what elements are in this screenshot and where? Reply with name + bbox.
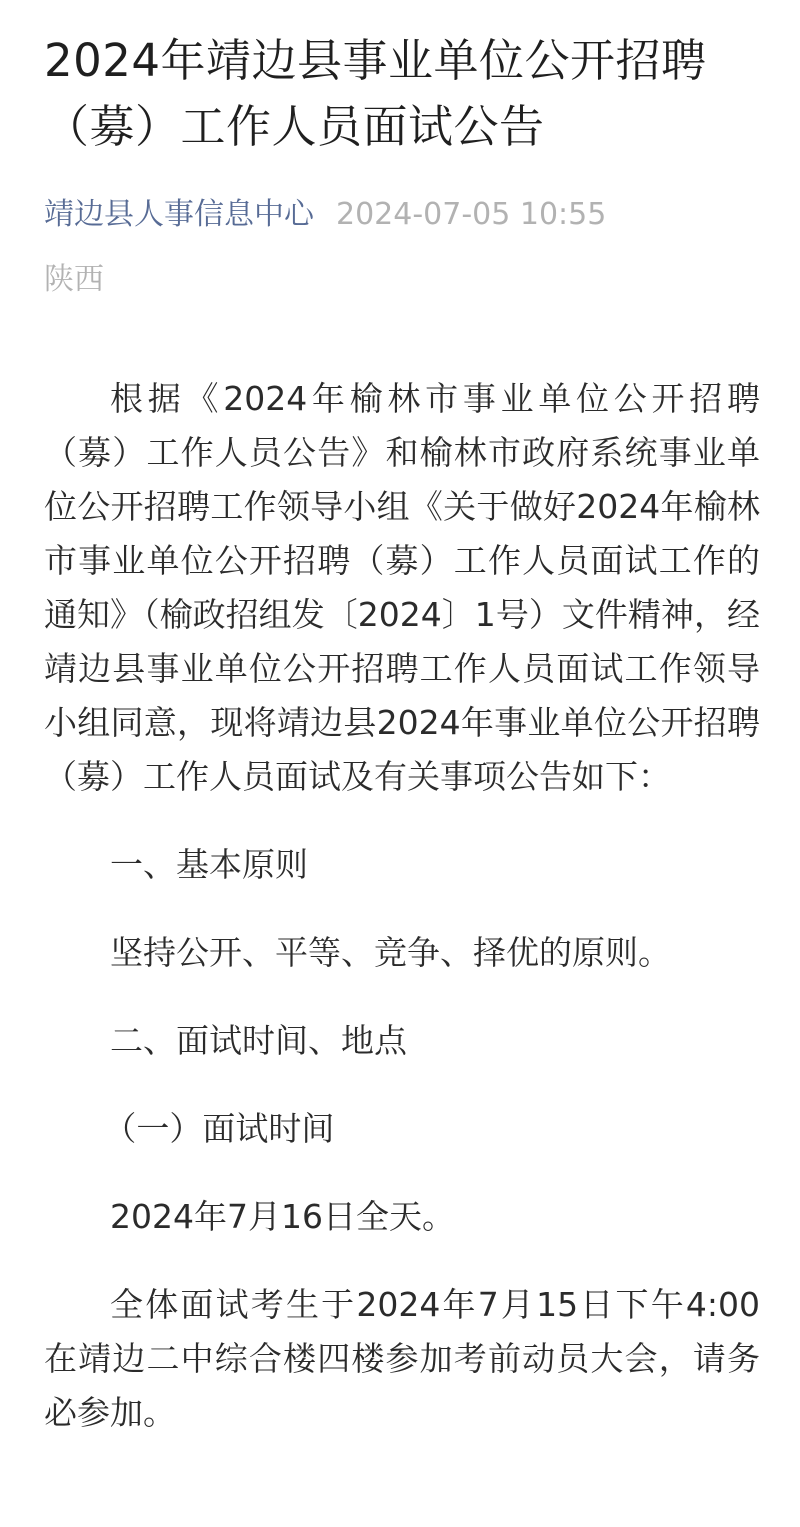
article-meta: 靖边县人事信息中心2024-07-05 10:55: [44, 194, 606, 236]
section-heading-principles: 一、基本原则: [44, 838, 760, 892]
publish-time: 2024-07-05 10:55: [336, 197, 606, 232]
subsection-heading-time: （一）面试时间: [44, 1102, 760, 1156]
section-heading-time-location: 二、面试时间、地点: [44, 1014, 760, 1068]
article-page: 2024年靖边县事业单位公开招聘（募）工作人员面试公告 靖边县人事信息中心202…: [0, 0, 800, 1527]
article-body: 根据《2024年榆林市事业单位公开招聘（募）工作人员公告》和榆林市政府系统事业单…: [44, 372, 760, 1440]
publish-region: 陕西: [44, 259, 104, 301]
mobilization-meeting-paragraph: 全体面试考生于2024年7月15日下午4:00在靖边二中综合楼四楼参加考前动员大…: [44, 1278, 760, 1440]
intro-paragraph: 根据《2024年榆林市事业单位公开招聘（募）工作人员公告》和榆林市政府系统事业单…: [44, 372, 760, 804]
article-title: 2024年靖边县事业单位公开招聘（募）工作人员面试公告: [44, 28, 764, 160]
interview-date-paragraph: 2024年7月16日全天。: [44, 1190, 760, 1244]
principles-paragraph: 坚持公开、平等、竞争、择优的原则。: [44, 926, 760, 980]
author-link[interactable]: 靖边县人事信息中心: [44, 197, 314, 232]
